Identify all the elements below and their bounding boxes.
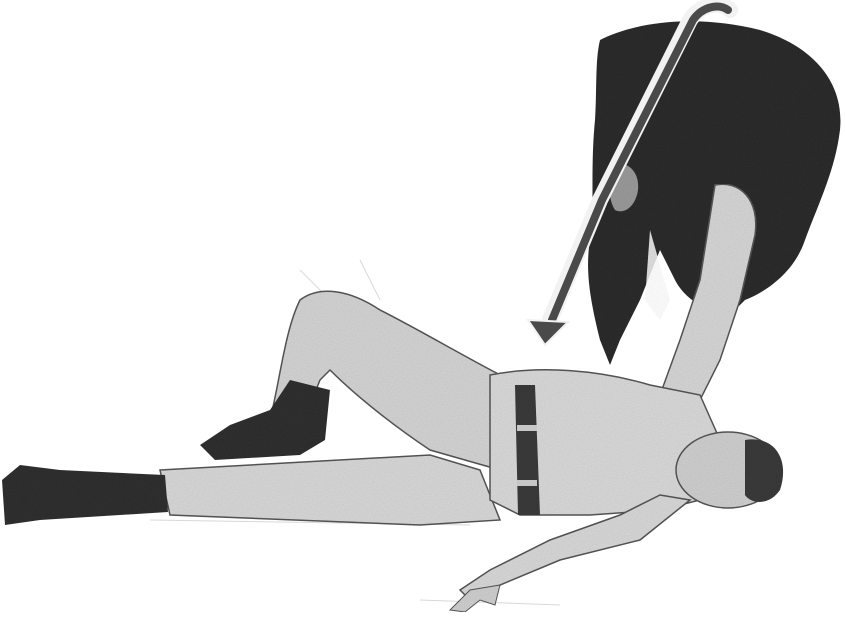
photograph (0, 0, 845, 624)
